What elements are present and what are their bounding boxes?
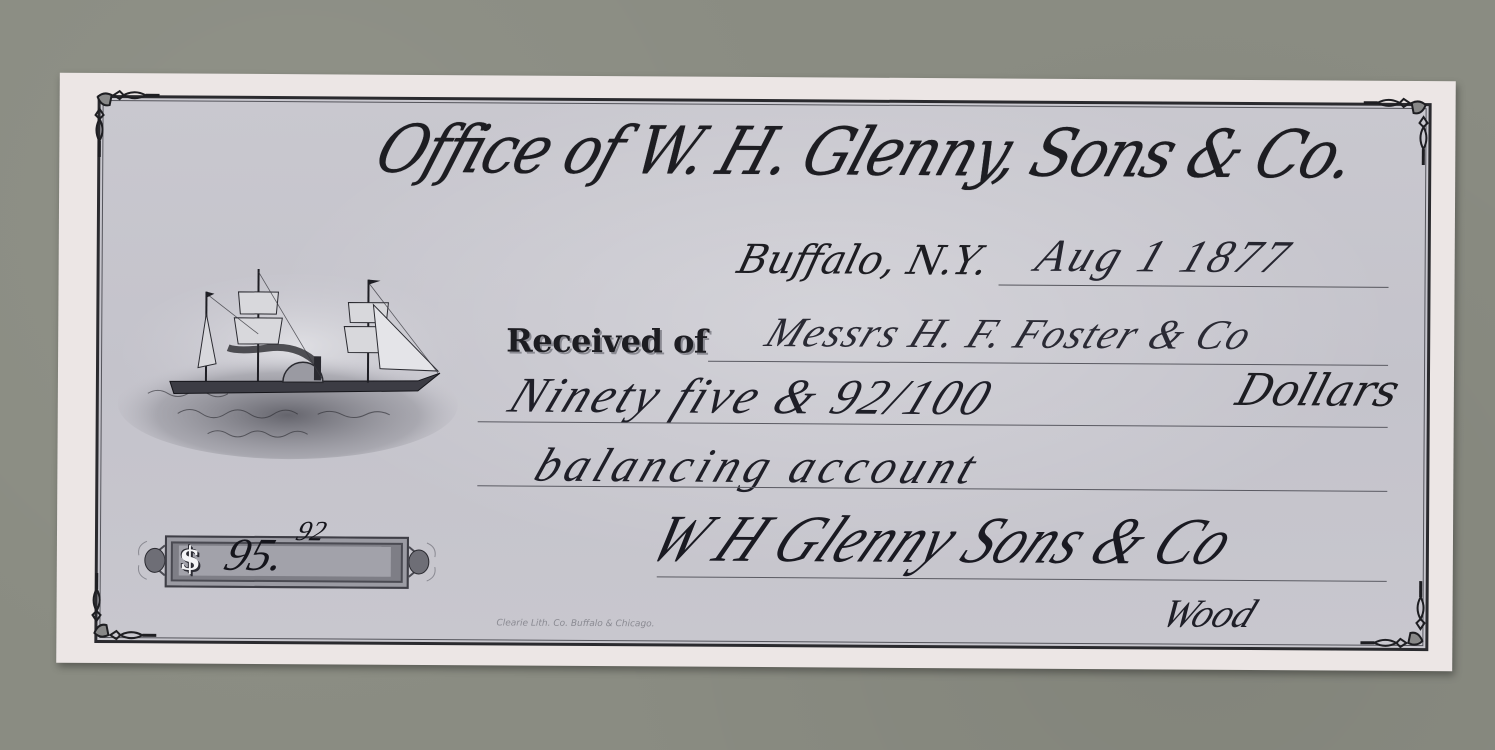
handwritten-date: Aug 1 1877 <box>1029 229 1301 283</box>
receipt-paper: Office of W. H. Glenny, Sons & Co. Buffa… <box>56 73 1456 672</box>
dollars-label: Dollars <box>1230 365 1405 417</box>
corner-ornament-icon <box>1363 95 1433 165</box>
company-heading: Office of W. H. Glenny, Sons & Co. <box>367 111 1365 194</box>
corner-ornament-icon <box>1360 581 1430 651</box>
printer-imprint: Clearie Lith. Co. Buffalo & Chicago. <box>496 618 654 629</box>
amount-box: $ 95. 92 <box>137 525 437 597</box>
steamship-vignette-icon <box>117 263 478 465</box>
payer-name: Messrs H. F. Foster & Co <box>758 309 1260 360</box>
dollar-sign-icon: $ <box>179 539 201 577</box>
amount-in-words: Ninety five & 92/100 <box>501 366 1003 427</box>
received-of-label: Received of <box>506 321 707 360</box>
company-signature: W H Glenny Sons & Co <box>636 499 1250 579</box>
corner-ornament-icon <box>89 87 159 157</box>
place-label: Buffalo, N.Y. <box>733 237 994 284</box>
signer-initials: Wood <box>1155 590 1264 637</box>
